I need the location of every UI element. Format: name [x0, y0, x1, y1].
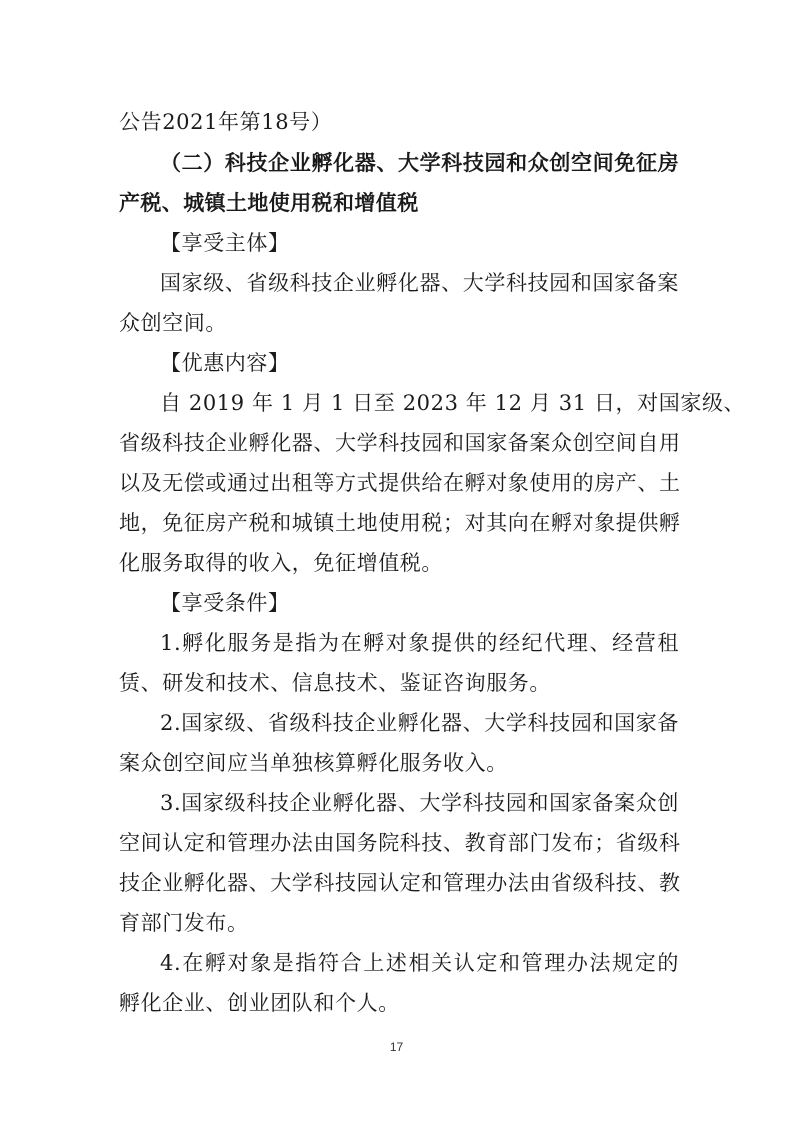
section-heading-line: 产税、城镇土地使用税和增值税 [119, 189, 679, 217]
subsection-label: 【享受主体】 [160, 229, 679, 257]
paragraph-line: 自 2019 年 1 月 1 日至 2023 年 12 月 31 日，对国家级、 [160, 389, 679, 417]
paragraph-line: 案众创空间应当单独核算孵化服务收入。 [119, 749, 679, 777]
section-heading-line: （二）科技企业孵化器、大学科技园和众创空间免征房 [160, 149, 679, 177]
page-number: 17 [0, 1040, 793, 1054]
paragraph-line: 赁、研发和技术、信息技术、鉴证咨询服务。 [119, 669, 679, 697]
paragraph-line: 育部门发布。 [119, 909, 679, 937]
paragraph-line: 化服务取得的收入，免征增值税。 [119, 549, 679, 577]
paragraph-line: 地，免征房产税和城镇土地使用税；对其向在孵对象提供孵 [119, 509, 679, 537]
paragraph-line: 国家级、省级科技企业孵化器、大学科技园和国家备案 [160, 269, 679, 297]
paragraph-line: 以及无偿或通过出租等方式提供给在孵对象使用的房产、土 [119, 469, 679, 497]
paragraph-line: 技企业孵化器、大学科技园认定和管理办法由省级科技、教 [119, 869, 679, 897]
paragraph-line: 孵化企业、创业团队和个人。 [119, 989, 679, 1017]
paragraph-line: 众创空间。 [119, 309, 679, 337]
paragraph-line: 4.在孵对象是指符合上述相关认定和管理办法规定的 [160, 949, 679, 977]
document-page: 公告2021年第18号）（二）科技企业孵化器、大学科技园和众创空间免征房产税、城… [0, 0, 793, 1122]
subsection-label: 【享受条件】 [160, 589, 679, 617]
paragraph-line: 3.国家级科技企业孵化器、大学科技园和国家备案众创 [160, 789, 679, 817]
paragraph-line: 省级科技企业孵化器、大学科技园和国家备案众创空间自用 [119, 429, 679, 457]
paragraph-line: 2.国家级、省级科技企业孵化器、大学科技园和国家备 [160, 709, 679, 737]
subsection-label: 【优惠内容】 [160, 349, 679, 377]
paragraph-line: 空间认定和管理办法由国务院科技、教育部门发布；省级科 [119, 829, 679, 857]
paragraph-line: 1.孵化服务是指为在孵对象提供的经纪代理、经营租 [160, 629, 679, 657]
paragraph-line: 公告2021年第18号） [119, 108, 679, 136]
